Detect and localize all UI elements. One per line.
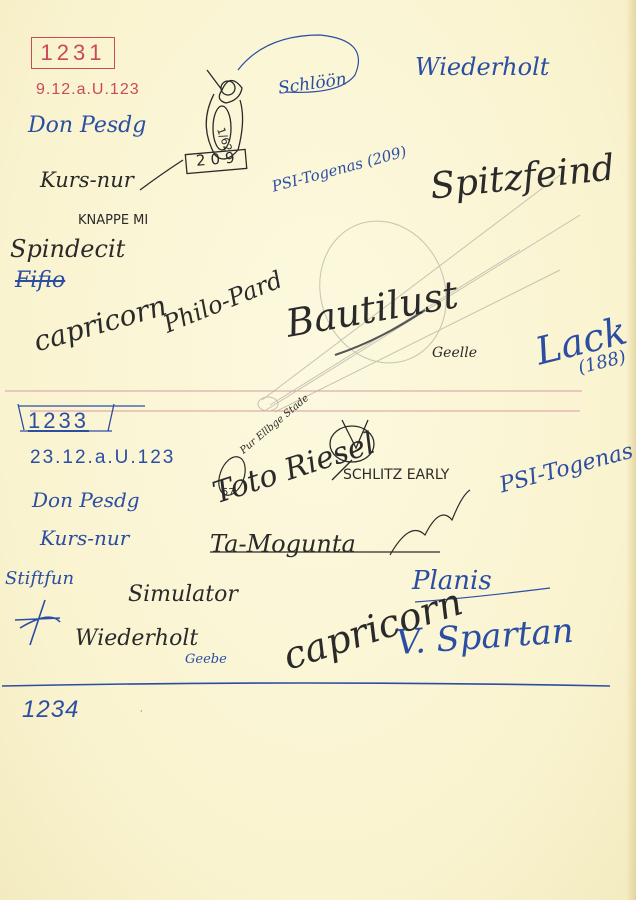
entry-date-1233: 23.12.a.U.123 — [30, 448, 175, 467]
guestbook-page: 1231 9.12.a.U.123 1/62 209 Don Pesdg Sch… — [0, 0, 636, 900]
signature-number: 57 — [222, 488, 235, 498]
owl-plaque-number: 209 — [195, 150, 240, 169]
entry-date-1231: 9.12.a.U.123 — [36, 82, 140, 98]
entry-number-1234: 1234 — [22, 698, 79, 722]
signature: KNAPPE MI — [78, 214, 148, 227]
signature: Don Pesdg — [28, 115, 146, 137]
owl-drawing — [140, 70, 247, 190]
blue-rule — [2, 683, 610, 686]
signature: Don Pesdg — [32, 490, 140, 510]
blue-initial-symbol — [15, 600, 60, 645]
signature: Kurs-nur — [40, 528, 129, 548]
signature: Wiederholt — [75, 628, 198, 650]
signature: Geebe — [185, 653, 227, 666]
signature: Simulator — [128, 584, 238, 606]
signature: Wiederholt — [415, 55, 549, 79]
signature: Ta-Mogunta — [210, 532, 356, 556]
signature: Fifio — [15, 270, 65, 292]
signature: SCHLITZ EARLY — [343, 468, 449, 482]
signature: Spindecit — [10, 237, 125, 261]
entry-number-1233: 1233 — [28, 410, 89, 432]
signature: Geelle — [432, 346, 477, 360]
ink-dot: · — [140, 708, 143, 716]
signature: Stiftfun — [5, 570, 74, 588]
signature: Planis — [412, 568, 492, 594]
signature: Kurs-nur — [40, 170, 134, 191]
entry-number-1231: 1231 — [31, 37, 115, 69]
